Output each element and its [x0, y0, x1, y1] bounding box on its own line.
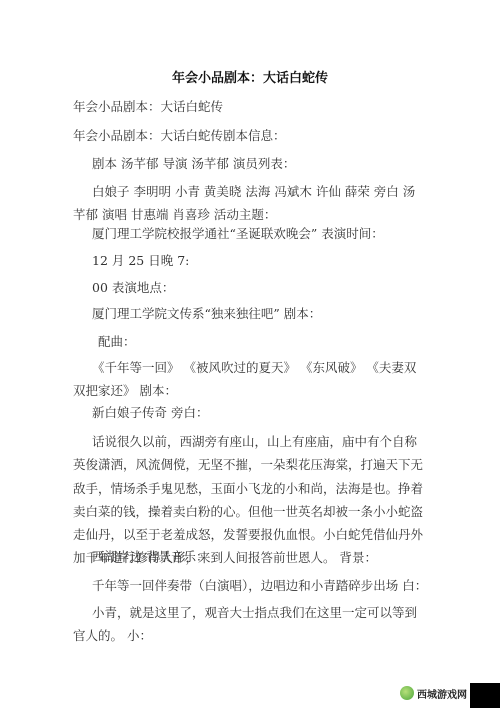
doc-paragraph-dialogue: 小青，就是这里了，观音大士指点我们在这里一定可以等到官人的。 小：	[73, 601, 423, 648]
doc-line: 厦门理工学院文传系“独来独往吧” 剧本：	[92, 302, 442, 325]
document-page: 年会小品剧本：大话白蛇传 年会小品剧本：大话白蛇传 年会小品剧本：大话白蛇传剧本…	[0, 0, 500, 708]
doc-line: 00 表演地点：	[92, 276, 442, 299]
logo-icon	[400, 686, 414, 700]
doc-paragraph-songs: 《千年等一回》 《被风吹过的夏天》 《东风破》 《夫妻双双把家还》 剧本：	[73, 356, 423, 403]
document-title: 年会小品剧本：大话白蛇传	[0, 67, 500, 86]
doc-line: 西湖岸边 背景音乐：	[92, 545, 442, 568]
watermark-logo: 西城游戏网	[400, 683, 470, 703]
corner-block	[470, 683, 500, 708]
doc-line: 厦门理工学院校报学通社“圣诞联欢晚会” 表演时间：	[92, 222, 442, 245]
doc-paragraph-cast: 白娘子 李明明 小青 黄美晓 法海 冯斌木 许仙 薛荣 旁白 汤芊郁 演唱 甘惠…	[73, 180, 423, 227]
doc-line: 配曲：	[98, 330, 448, 353]
doc-line: 千年等一回伴奏带（白演唱），边唱边和小青踏碎步出场 白：	[92, 574, 442, 597]
doc-line: 12 月 25 日晚 7:	[92, 249, 442, 272]
watermark-text: 西城游戏网	[417, 686, 467, 701]
doc-line: 剧本 汤芊郁 导演 汤芊郁 演员列表：	[92, 152, 442, 175]
doc-line: 年会小品剧本：大话白蛇传	[73, 95, 423, 118]
doc-line: 年会小品剧本：大话白蛇传剧本信息：	[73, 124, 423, 147]
doc-line: 新白娘子传奇 旁白：	[92, 401, 442, 424]
